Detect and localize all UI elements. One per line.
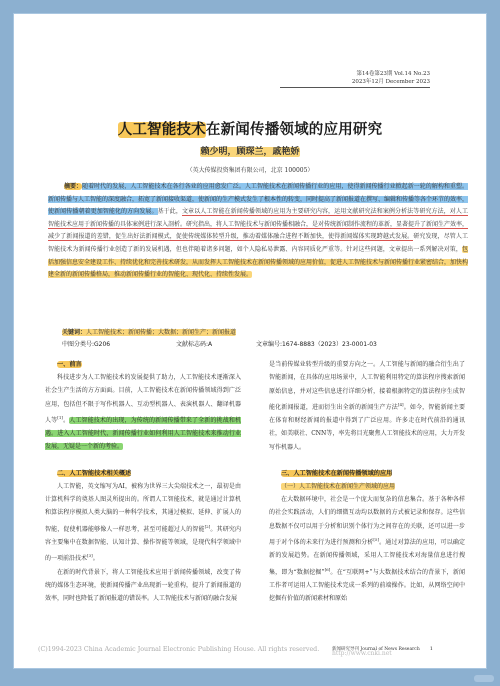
left-column: 一、前言 科技进步为人工智能技术的发展提供了助力，人工智能技术逐渐深入社会生产生… <box>45 358 241 605</box>
article-title: 人工智能技术在新闻传播领域的应用研究 <box>14 118 486 139</box>
footer-journal-name: 新闻研究导刊 Journal of News Research <box>332 647 420 652</box>
document-code: 文献标志码:A <box>176 339 212 348</box>
article-number: 文章编号:1674-8883（2023）23-0001-03 <box>256 339 377 348</box>
section-2-heading: 二、人工智能技术相关概述 <box>57 467 241 480</box>
section-2-paragraph-1: 人工智能，英文缩写为AI，被称为世界三大尖端技术之一，最初是由计算机科学的奠基人… <box>45 480 241 566</box>
keywords-highlight[interactable]: 关键词：人工智能技术；新闻传播；大数据；新闻生产；新闻报道 <box>62 329 236 336</box>
green-highlight[interactable]: 人工智能技术的出现，为传统的新闻传播带来了全新的挑战和机遇。进入人工智能时代，新… <box>45 417 241 451</box>
clc-number: 中图分类号:G206 <box>62 339 110 348</box>
section-3-heading: 三、人工智能技术在新闻传播领域的应用 <box>281 467 465 480</box>
footer-journal: 新闻研究导刊 Journal of News Research1 <box>332 646 433 652</box>
issue-line-1: 第14卷第23期 Vol.14 No.23 <box>280 70 430 78</box>
affiliation: （英大传媒投资集团有限公司，北京 100005） <box>14 165 486 174</box>
keywords-label: 关键词： <box>62 329 86 336</box>
journal-issue-header: 第14卷第23期 Vol.14 No.23 2023年12月 December … <box>280 70 430 88</box>
abstract-label[interactable]: 摘要： <box>64 183 82 190</box>
abstract: 摘要：随着时代的发展，人工智能技术在各行各业的应用愈发广泛。人工智能技术在新闻传… <box>48 181 468 282</box>
copyright-notice: (C)1994-2023 China Academic Journal Elec… <box>38 646 319 653</box>
right-paragraph-2: 在大数据环境中，社会是一个庞大而复杂的信息集合。基于各种各样的社会实践活动，人们… <box>269 493 465 605</box>
section-1-paragraph: 科技进步为人工智能技术的发展提供了助力，人工智能技术逐渐深入社会生产生活的方方面… <box>45 371 241 454</box>
corner-watermark-icon <box>474 675 494 682</box>
title-rest: 在新闻传播领域的应用研究 <box>206 122 382 138</box>
section-3-subheading-1: （一）人工智能技术在新闻生产领域的应用 <box>281 480 465 493</box>
issue-line-2: 2023年12月 December 2023 <box>280 78 430 86</box>
abstract-plain-1: 基于此， <box>158 208 182 215</box>
right-paragraph-1: 是当前传媒业转型升级的重要方向之一。人工智能与新闻的融合衍生出了智能新闻，在具体… <box>269 358 465 454</box>
keywords-value: 人工智能技术；新闻传播；大数据；新闻生产；新闻报道 <box>86 329 236 336</box>
right-column: 是当前传媒业转型升级的重要方向之一。人工智能与新闻的融合衍生出了智能新闻，在具体… <box>269 358 465 605</box>
page-number: 1 <box>430 646 433 652</box>
authors: 赖少明，顾琛兰，戚艳娇 <box>14 144 486 157</box>
section-1-heading: 一、前言 <box>57 358 241 371</box>
section-2-paragraph-2: 在新的时代背景下，将人工智能技术应用于新闻传播领域，改变了传统的媒体生态环境，使… <box>45 566 241 606</box>
authors-text[interactable]: 赖少明，顾琛兰，戚艳娇 <box>200 147 299 157</box>
keywords: 关键词：人工智能技术；新闻传播；大数据；新闻生产；新闻报道 <box>62 327 236 336</box>
title-highlighted[interactable]: 人工智能技术 <box>118 122 206 138</box>
document-page: 第14卷第23期 Vol.14 No.23 2023年12月 December … <box>14 14 486 668</box>
